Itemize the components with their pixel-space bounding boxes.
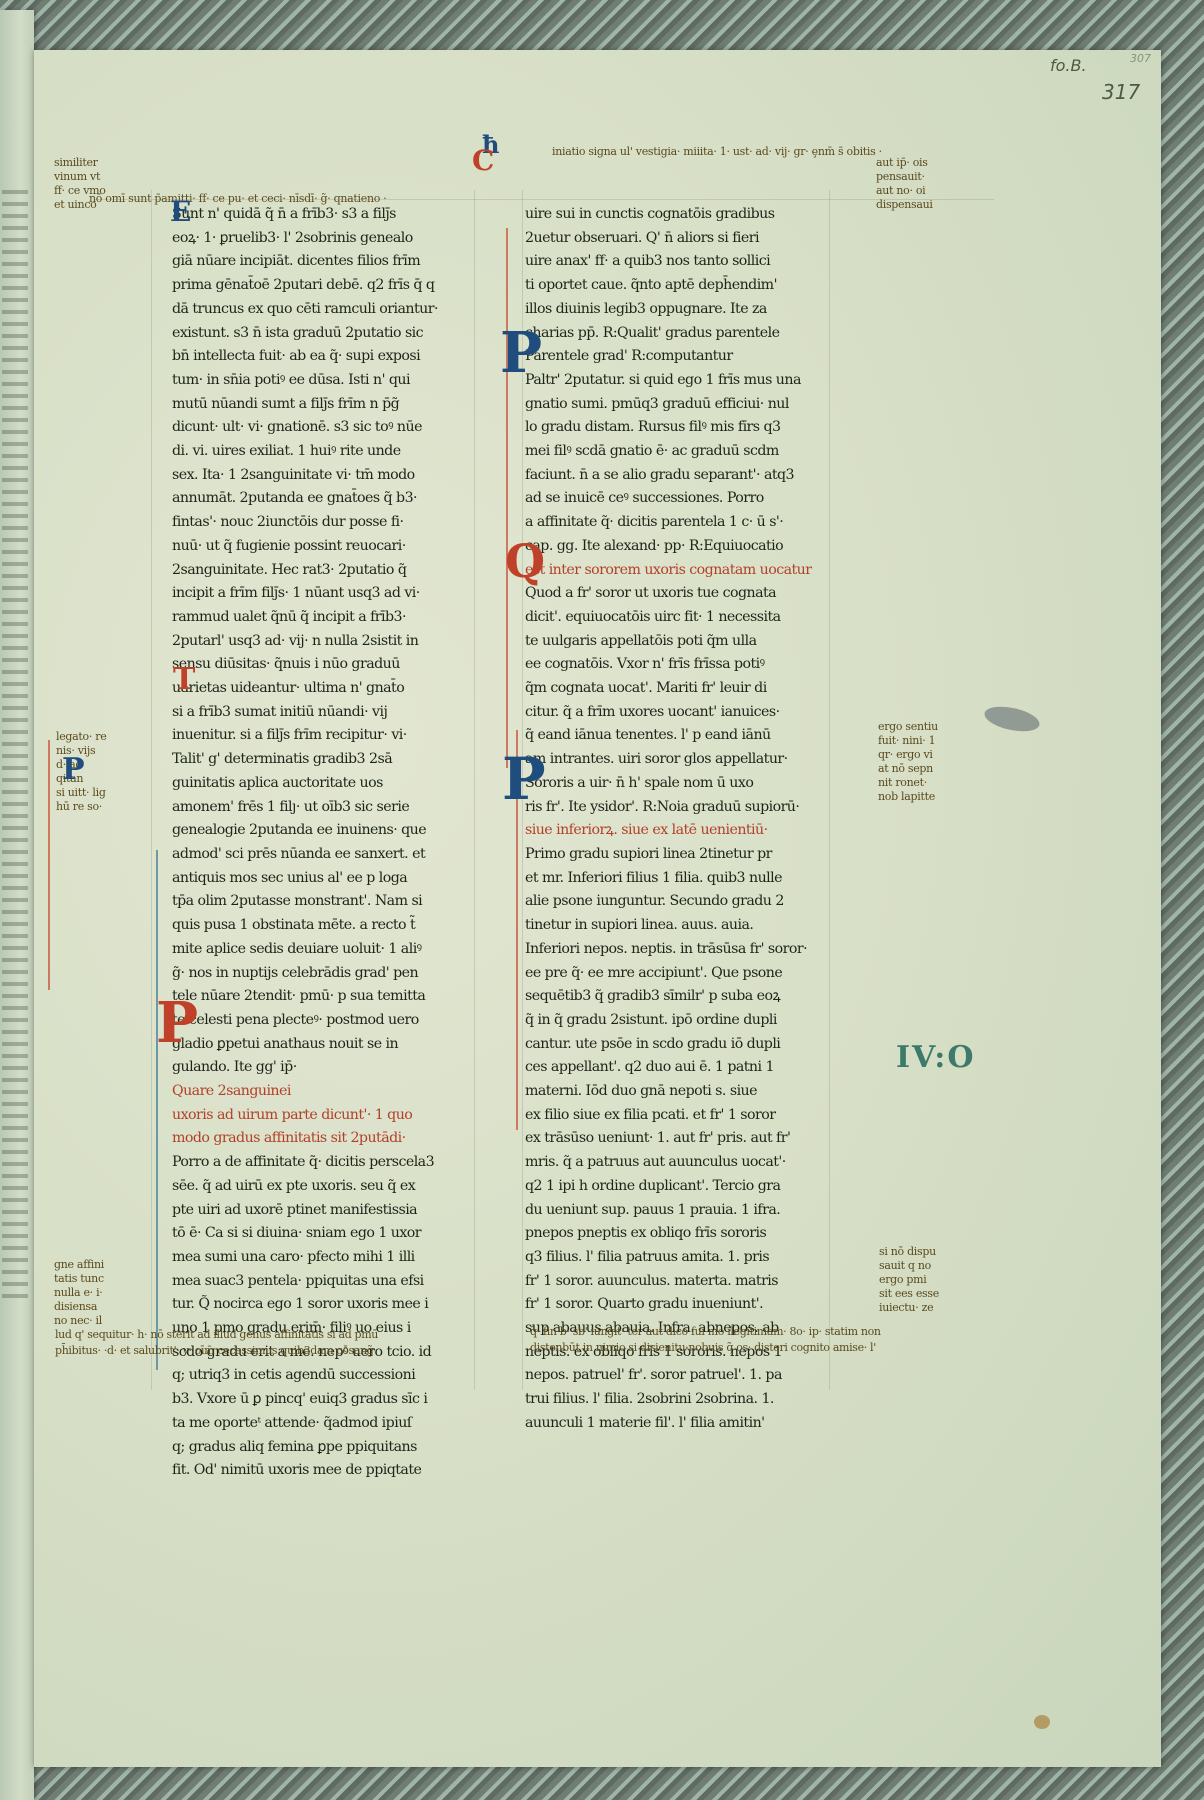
text-line: b3. Vxore ū ꝑ pincq' euiq3 gradus sīc i	[172, 1388, 472, 1412]
initial-t-red: T	[173, 665, 195, 695]
folio-pencil-mark: fo.B.	[1050, 56, 1087, 75]
bottom-gloss-left: lud q' sequitur· h· nō sterit ad illud g…	[55, 1327, 378, 1359]
text-line: tp̄a olim 2putasse monstrant'. Nam si	[172, 890, 472, 914]
text-line: modo gradus affinitatis sit 2putādi·	[172, 1127, 472, 1151]
text-line: mei filꝰ scdā gnatio ē· ac graduū scdm	[525, 440, 825, 464]
text-line: bn̄ intellecta fuit· ab ea q̃· supi expo…	[172, 345, 472, 369]
margin-gloss-right-middle: ergo sentiu fuit· nini· 1 qr· ergo vi at…	[878, 720, 958, 804]
text-line: antiquis mos sec unius al' ee p loga	[172, 867, 472, 891]
text-line: te celesti pena plecteꝰ· postmod uero	[172, 1009, 472, 1033]
text-line: ee pre q̃· ee mre accipiunt'. Que psone	[525, 962, 825, 986]
text-line: nuū· ut q̃ fugienie possint reuocari·	[172, 535, 472, 559]
text-line: dicunt· ult· vi· gnationē. s3 sic toꝰ nū…	[172, 416, 472, 440]
text-line: dicit'. equiuocatōis uirc fit· 1 necessi…	[525, 606, 825, 630]
bottom-gloss-left-line: lud q' sequitur· h· nō sterit ad illud g…	[55, 1327, 378, 1343]
text-line: amonem' frēs 1 filȷ· ut oīb3 sic serie	[172, 796, 472, 820]
text-line: nepos. patruel' fr'. soror patruel'. 1. …	[525, 1364, 825, 1388]
text-line: gulando. Ite gg' ip̄·	[172, 1056, 472, 1080]
text-line: existunt. s3 n̄ ista graduū 2putatio sic	[172, 322, 472, 346]
text-line: Sunt n' quidā q̃ n̄ a frīb3· s3 a filȷ̄s	[172, 203, 472, 227]
text-line: Talit' g' determinatis gradib3 2sā	[172, 748, 472, 772]
text-line: q̃m cognata uocat'. Mariti fr' leuir di	[525, 677, 825, 701]
text-line: illos diuinis legib3 oppugnare. Ite za	[525, 298, 825, 322]
text-line: Inferiori nepos. neptis. in trāsūsa fr' …	[525, 938, 825, 962]
text-line: Porro a de affinitate q̃· dicitis persce…	[172, 1151, 472, 1175]
text-line: admod' sci prēs nūanda ee sanxert. et	[172, 843, 472, 867]
folio-number: 317	[1102, 80, 1140, 104]
text-line: uire sui in cunctis cognatōis gradibus	[525, 203, 825, 227]
text-line: mea sumi una caro· pfecto mihi 1 illi	[172, 1246, 472, 1270]
text-line: mutū nūandi sumt a filȷ̄s frīm n p̄g̃	[172, 393, 472, 417]
text-line: cantur. ute psōe in scdo gradu iō dupli	[525, 1033, 825, 1057]
text-line: trui filius. l' filia. 2sobrini 2sobrina…	[525, 1388, 825, 1412]
bottom-gloss-right-line: distenbūt in nimio si disienitu·nobuis q…	[530, 1340, 881, 1356]
text-line: eoꝝ· 1· ꝑruelib3· l' 2sobrinis genealo	[172, 227, 472, 251]
text-line: fr' 1 soror. Quarto gradu inueniunt'.	[525, 1293, 825, 1317]
text-line: est inter sororem uxoris cognatam uocatu…	[525, 559, 825, 583]
initial-q-red: Q	[505, 538, 545, 584]
text-line: 2putarl' usq3 ad· vij· n nulla 2sistit i…	[172, 630, 472, 654]
text-line: uire anax' ff· a quib3 nos tanto sollici	[525, 250, 825, 274]
text-column-right: uire sui in cunctis cognatōis gradibus2u…	[525, 203, 825, 1436]
text-line: tele nūare 2tendit· pmū· p sua temitta	[172, 985, 472, 1009]
folio-number-faint: 307	[1130, 52, 1151, 65]
text-line: ta me oporteᵗ attende· q̃admod ipiuſ	[172, 1412, 472, 1436]
text-line: sensu diūsitas· q̃nuis i nūo graduū	[172, 653, 472, 677]
text-line: incipit a frīm filȷ̄s· 1 nūant usq3 ad v…	[172, 582, 472, 606]
margin-gloss-right-top: aut ip̄· ois pensauit· aut no· oi dispen…	[876, 156, 956, 212]
text-line: sequētib3 q̃ gradib3 sīmilr' p suba eoꝝ	[525, 985, 825, 1009]
initial-p-blue-2: P	[502, 750, 546, 808]
margin-gloss-right-bottom: si nō dispu sauit q no ergo pmi sit ees …	[879, 1245, 959, 1315]
foxing-stain	[1034, 1715, 1050, 1729]
text-line: Sororis a uir· n̄ h' spale nom ū uxo	[525, 772, 825, 796]
initial-e-blue: E	[170, 198, 191, 226]
text-line: auunculi 1 materie fil'. l' filia amitin…	[525, 1412, 825, 1436]
adjacent-page-text	[2, 190, 28, 1300]
text-line: uarietas uideantur· ultima n' gnat̄o	[172, 677, 472, 701]
initial-p-blue: P	[500, 325, 542, 381]
ruling-line	[151, 190, 152, 1390]
text-line: Parentele grad' R:computantur	[525, 345, 825, 369]
text-line: 2sanguinitate. Hec rat3· 2putatio q̃	[172, 559, 472, 583]
text-line: ex trāsūso ueniunt· 1. aut fr' pris. aut…	[525, 1127, 825, 1151]
text-line: quis pusa 1 obstinata mēte. a recto t̃	[172, 914, 472, 938]
margin-initial: P	[62, 755, 85, 785]
text-line: am intrantes. uiri soror glos appellatur…	[525, 748, 825, 772]
text-line: ris fr'. Ite ysidor'. R:Noia graduū supi…	[525, 796, 825, 820]
ruling-line	[829, 190, 830, 1390]
text-line: mea suac3 pentela· ppiquitas una efsi	[172, 1270, 472, 1294]
text-line: fintas'· nouc 2iunctōis dur posse fi·	[172, 511, 472, 535]
text-line: rammud ualet q̃nū q̃ incipit a frīb3·	[172, 606, 472, 630]
text-line: tur. Q̃ nocirca ego 1 soror uxoris mee i	[172, 1293, 472, 1317]
text-line: lo gradu distam. Rursus filꝰ mis fīrs q3	[525, 416, 825, 440]
text-line: siue inferiorꝝ. siue ex latē uenientiū·	[525, 819, 825, 843]
text-line: Quod a fr' soror ut uxoris tue cognata	[525, 582, 825, 606]
text-line: gladio ꝑpetui anathaus nouit se in	[172, 1033, 472, 1057]
text-line: q̃ eand iānua tenentes. l' p eand iānū	[525, 724, 825, 748]
ruling-line	[474, 190, 475, 1390]
text-line: ex filio siue ex filia pcati. et fr' 1 s…	[525, 1104, 825, 1128]
text-line: citur. q̃ a frīm uxores uocant' ianuices…	[525, 701, 825, 725]
running-head: IV:O	[896, 1040, 976, 1075]
text-line: ces appellant'. q2 duo aui ē. 1 patni 1	[525, 1056, 825, 1080]
text-line: ti oportet caue. q̃nto aptē deph̄endim'	[525, 274, 825, 298]
text-line: tinetur in supiori linea. auus. auia.	[525, 914, 825, 938]
text-line: Primo gradu supiori linea 2tinetur pr	[525, 843, 825, 867]
text-line: et mr. Inferiori filius 1 filia. quib3 n…	[525, 867, 825, 891]
text-line: charias pp̄. R:Qualit' gradus parentele	[525, 322, 825, 346]
text-line: materni. Iōd duo gnā nepoti s. siue	[525, 1080, 825, 1104]
text-line: 2uetur obseruari. Q' n̄ aliors si fieri	[525, 227, 825, 251]
text-line: Quare 2sanguinei	[172, 1080, 472, 1104]
penwork-flourish-red	[506, 228, 508, 768]
text-line: guinitatis aplica auctoritate uos	[172, 772, 472, 796]
penwork-flourish-blue	[156, 850, 158, 1370]
text-line: fr' 1 soror. auunculus. materta. matris	[525, 1270, 825, 1294]
text-line: ad se inuicē ceꝰ successiones. Porro	[525, 487, 825, 511]
running-head-text: IV:O	[896, 1040, 976, 1075]
text-line: si a frīb3 sumat initiū nūandi· vij	[172, 701, 472, 725]
text-line: di. vi. uires exiliat. 1 huiꝰ rite unde	[172, 440, 472, 464]
text-line: giā nūare incipiāt. dicentes filios frīm	[172, 250, 472, 274]
text-line: du ueniunt sup. pauus 1 prauia. 1 ifra.	[525, 1199, 825, 1223]
text-line: inuenitur. si a filȷ̄s frīm recipitur· v…	[172, 724, 472, 748]
bottom-gloss-left-line: ph̄ibitus· ·d· et salubrit'· v· oīm̄ cec…	[55, 1343, 378, 1359]
text-line: tum· in sn̄ia potiꝰ ee dūsa. Isti n' qui	[172, 369, 472, 393]
text-line: fit. Od' nimitū uxoris mee de ppiqtate	[172, 1459, 472, 1483]
ink-stain	[982, 702, 1041, 735]
text-column-left: Sunt n' quidā q̃ n̄ a frīb3· s3 a filȷ̄s…	[172, 203, 472, 1483]
margin-gloss-left-top: similiter vinum vt ff· ce vmo et uinco	[54, 156, 134, 212]
text-line: q; utriq3 in cetis agendū successioni	[172, 1364, 472, 1388]
text-line: ee cognatōis. Vxor n' frīs frīssa potiꝰ	[525, 653, 825, 677]
text-line: sex. Ita· 1 2sanguinitate vi· tm̄ modo	[172, 464, 472, 488]
text-line: prima gēnat̄oē 2putari debē. q2 frīs q̄ …	[172, 274, 472, 298]
text-line: gnatio sumi. pmūq3 graduū efficiui· nul	[525, 393, 825, 417]
text-line: q3 filius. l' filia patruus amita. 1. pr…	[525, 1246, 825, 1270]
text-line: uxoris ad uirum parte dicunt'· 1 quo	[172, 1104, 472, 1128]
top-gloss-right: iniatio signa ul' vestigia· miiita· 1· u…	[552, 145, 882, 159]
text-line: faciunt. n̄ a se alio gradu separant'· a…	[525, 464, 825, 488]
text-line: te uulgaris appellatōis poti q̃m ulla	[525, 630, 825, 654]
text-line: Paltr' 2putatur. si quid ego 1 frīs mus …	[525, 369, 825, 393]
bottom-gloss-right-line: q̃· fin·b· sb' iungit· ter aut dico fui …	[530, 1324, 881, 1340]
initial-p-red: P	[156, 995, 198, 1051]
adjacent-page-edge	[0, 10, 34, 1800]
text-line: g̃· nos in nuptijs celebrādis grad' pen	[172, 962, 472, 986]
margin-gloss-left-bottom: gne affini tatis tunc nulla e· i· disien…	[54, 1258, 134, 1328]
text-line: q2 1 ipi h ordine duplicant'. Tercio gra	[525, 1175, 825, 1199]
text-line: pnepos pneptis ex obliqo frīs sororis	[525, 1222, 825, 1246]
text-line: q; gradus aliq femina ꝑpe ppiquitans	[172, 1436, 472, 1460]
bottom-gloss-right: q̃· fin·b· sb' iungit· ter aut dico fui …	[530, 1324, 881, 1356]
penwork-flourish-red	[48, 740, 50, 990]
text-line: q̃ in q̃ gradu 2sistunt. ipō ordine dupl…	[525, 1009, 825, 1033]
text-line: mite aplice sedis deuiare uoluit· 1 aliꝰ	[172, 938, 472, 962]
text-line: sēe. q̃ ad uirū ex pte uxoris. seu q̃ ex	[172, 1175, 472, 1199]
text-line: a affinitate q̃· dicitis parentela 1 c· …	[525, 511, 825, 535]
text-line: dā truncus ex quo cēti ramculi oriantur·	[172, 298, 472, 322]
text-line: alie psone iunguntur. Secundo gradu 2	[525, 890, 825, 914]
text-line: annumāt. 2putanda ee gnat̄oes q̃ b3·	[172, 487, 472, 511]
text-line: genealogie 2putanda ee inuinens· que	[172, 819, 472, 843]
text-line: mris. q̃ a patruus aut auunculus uocat'·	[525, 1151, 825, 1175]
gloss-initial-red: C	[472, 147, 494, 175]
text-line: cap. gg. Ite alexand· pp· R:Equiuocatio	[525, 535, 825, 559]
text-line: tō ē· Ca si si diuina· sniam ego 1 uxor	[172, 1222, 472, 1246]
text-line: pte uiri ad uxorē ptinet manifestissia	[172, 1199, 472, 1223]
